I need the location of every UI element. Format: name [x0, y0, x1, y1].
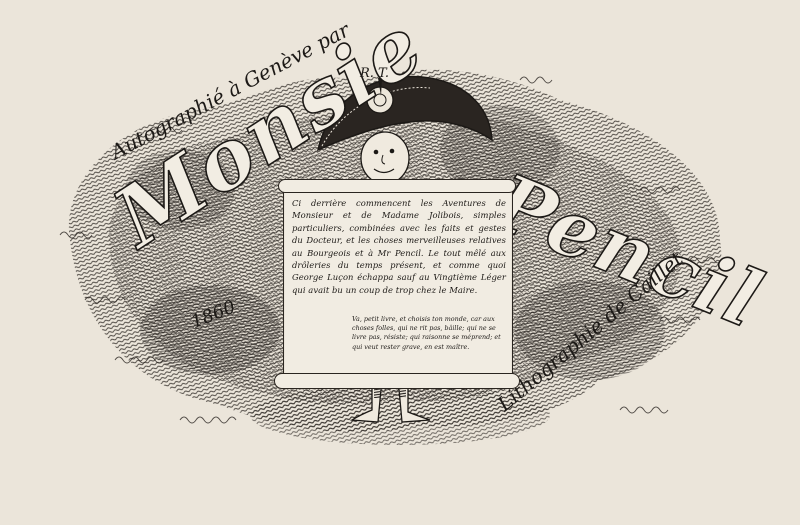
scroll-banner: Ci derrière commencent les Aventures de … [283, 188, 513, 378]
scroll-top-roll [278, 179, 516, 193]
scroll-epigraph: Va, petit livre, et choisis ton monde, c… [352, 315, 502, 352]
title-page: Monsie Pencil Monsieur Pencil Autographi… [0, 0, 800, 525]
scroll-bottom-roll [274, 373, 520, 389]
header-initials: R. T. [360, 66, 389, 81]
scroll-main-text: Ci derrière commencent les Aventures de … [292, 197, 506, 296]
